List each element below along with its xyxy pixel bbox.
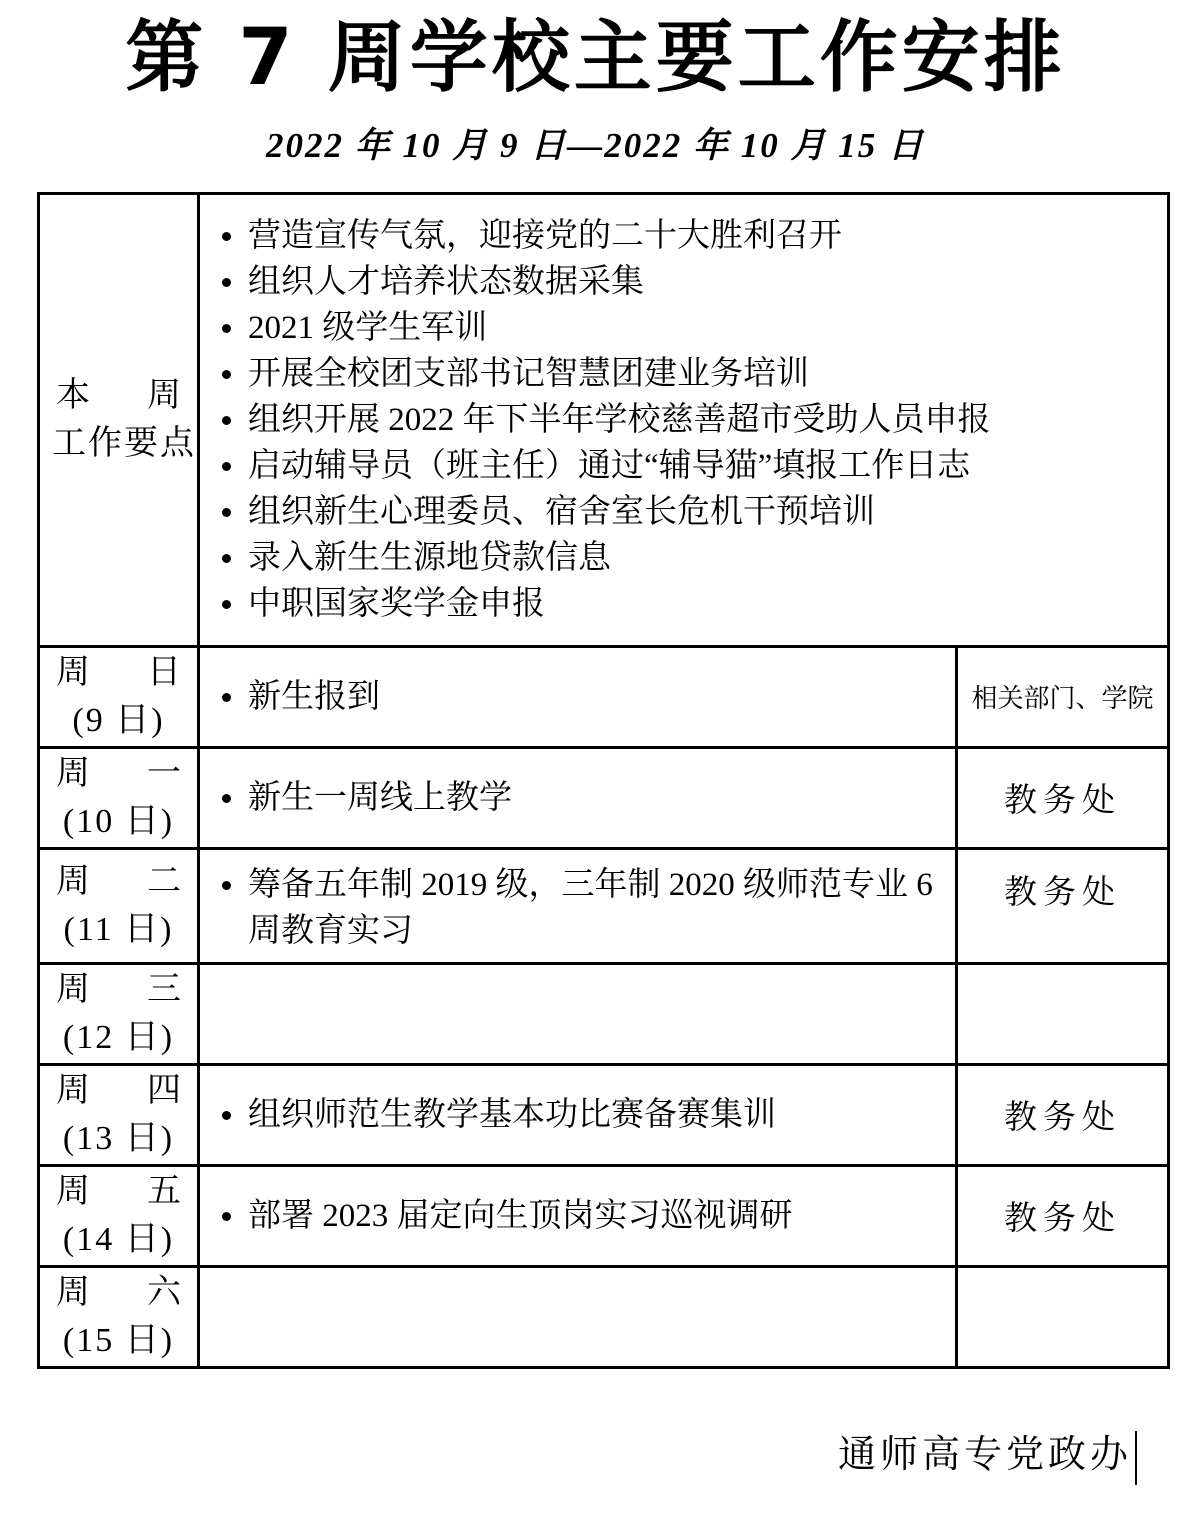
- task-cell: 部署 2023 届定向生顶岗实习巡视调研: [199, 1165, 957, 1266]
- bullet-icon: [222, 324, 231, 333]
- list-item-text: 录入新生生源地贷款信息: [248, 540, 611, 576]
- week-summary-content-cell: 营造宣传气氛，迎接党的二十大胜利召开 组织人才培养状态数据采集 2021 级学生…: [199, 193, 1169, 646]
- day-label-cell: 周 三 (12 日): [39, 963, 199, 1064]
- day-label-line1: 周 三: [52, 966, 185, 1014]
- label-char: 一: [147, 750, 181, 798]
- day-date-label: (14 日): [52, 1216, 185, 1264]
- list-item: 营造宣传气氛，迎接党的二十大胜利召开: [218, 213, 1157, 259]
- department-cell: 教务处: [957, 1165, 1169, 1266]
- day-label-cell: 周 四 (13 日): [39, 1064, 199, 1165]
- bullet-icon: [222, 1212, 231, 1221]
- bullet-icon: [222, 1111, 231, 1120]
- bullet-icon: [222, 600, 231, 609]
- list-item: 录入新生生源地贷款信息: [218, 535, 1157, 581]
- bullet-icon: [222, 370, 231, 379]
- document-page: 第 7 周学校主要工作安排 2022 年 10 月 9 日—2022 年 10 …: [0, 0, 1191, 1530]
- bullet-icon: [222, 416, 231, 425]
- day-label-line1: 周 六: [52, 1269, 185, 1317]
- list-item-text: 组织开展 2022 年下半年学校慈善超市受助人员申报: [248, 402, 991, 438]
- task-item: 新生一周线上教学: [218, 775, 945, 821]
- department-cell: 教务处: [957, 848, 1169, 963]
- task-text: 部署 2023 届定向生顶岗实习巡视调研: [248, 1198, 793, 1234]
- day-date-label: (12 日): [52, 1014, 185, 1062]
- label-char: 周: [56, 649, 90, 697]
- label-char: 周: [56, 1168, 90, 1216]
- day-label-cell: 周 一 (10 日): [39, 747, 199, 848]
- label-char: 周: [56, 1067, 90, 1115]
- department-cell: [957, 963, 1169, 1064]
- table-row-sunday: 周 日 (9 日) 新生报到 相关部门、学院: [39, 646, 1169, 747]
- week-summary-label-line2: 工作要点: [52, 420, 185, 468]
- week-summary-row: 本 周 工作要点 营造宣传气氛，迎接党的二十大胜利召开 组织人才培养状态数据采集…: [39, 193, 1169, 646]
- list-item-text: 启动辅导员（班主任）通过“辅导猫”填报工作日志: [248, 448, 970, 484]
- day-date-label: (13 日): [52, 1115, 185, 1163]
- list-item-text: 组织人才培养状态数据采集: [248, 264, 644, 300]
- table-row-saturday: 周 六 (15 日): [39, 1266, 1169, 1367]
- list-item: 开展全校团支部书记智慧团建业务培训: [218, 351, 1157, 397]
- day-date-label: (15 日): [52, 1317, 185, 1365]
- text-cursor-icon: [1135, 1431, 1137, 1485]
- label-char: 日: [147, 649, 181, 697]
- day-label-line1: 周 五: [52, 1168, 185, 1216]
- week-summary-label-line1: 本 周: [52, 372, 185, 420]
- label-char: 四: [147, 1067, 181, 1115]
- footer-signature: 通师高专党政办: [0, 1423, 1191, 1485]
- day-label-cell: 周 六 (15 日): [39, 1266, 199, 1367]
- bullet-icon: [222, 693, 231, 702]
- list-item-text: 组织新生心理委员、宿舍室长危机干预培训: [248, 494, 875, 530]
- task-cell: 新生一周线上教学: [199, 747, 957, 848]
- list-item-text: 2021 级学生军训: [248, 310, 487, 346]
- label-char: 周: [56, 858, 90, 906]
- task-text: 组织师范生教学基本功比赛备赛集训: [248, 1097, 776, 1133]
- table-row-tuesday: 周 二 (11 日) 筹备五年制 2019 级，三年制 2020 级师范专业 6…: [39, 848, 1169, 963]
- list-item-text: 开展全校团支部书记智慧团建业务培训: [248, 356, 809, 392]
- day-date-label: (11 日): [52, 906, 185, 954]
- day-label-line1: 周 日: [52, 649, 185, 697]
- bullet-icon: [222, 278, 231, 287]
- task-cell: 新生报到: [199, 646, 957, 747]
- task-cell: [199, 963, 957, 1064]
- label-char: 五: [147, 1168, 181, 1216]
- label-char: 三: [147, 966, 181, 1014]
- list-item-text: 中职国家奖学金申报: [248, 586, 545, 622]
- bullet-icon: [222, 508, 231, 517]
- task-text: 新生报到: [248, 679, 380, 715]
- bullet-icon: [222, 232, 231, 241]
- bullet-icon: [222, 462, 231, 471]
- day-date-label: (10 日): [52, 798, 185, 846]
- bullet-icon: [222, 794, 231, 803]
- date-range: 2022 年 10 月 9 日—2022 年 10 月 15 日: [0, 118, 1191, 168]
- department-cell: 相关部门、学院: [957, 646, 1169, 747]
- day-label-cell: 周 五 (14 日): [39, 1165, 199, 1266]
- task-item: 筹备五年制 2019 级，三年制 2020 级师范专业 6 周教育实习: [218, 862, 945, 954]
- label-char: 二: [147, 858, 181, 906]
- department-cell: 教务处: [957, 747, 1169, 848]
- table-row-thursday: 周 四 (13 日) 组织师范生教学基本功比赛备赛集训 教务处: [39, 1064, 1169, 1165]
- label-char: 周: [56, 1269, 90, 1317]
- label-char: 周: [56, 750, 90, 798]
- page-title: 第 7 周学校主要工作安排: [0, 10, 1191, 108]
- task-text: 新生一周线上教学: [248, 780, 512, 816]
- list-item: 启动辅导员（班主任）通过“辅导猫”填报工作日志: [218, 443, 1157, 489]
- list-item: 组织新生心理委员、宿舍室长危机干预培训: [218, 489, 1157, 535]
- label-char: 本: [56, 372, 90, 420]
- day-label-line1: 周 一: [52, 750, 185, 798]
- day-label-cell: 周 日 (9 日): [39, 646, 199, 747]
- week-summary-list: 营造宣传气氛，迎接党的二十大胜利召开 组织人才培养状态数据采集 2021 级学生…: [218, 213, 1157, 627]
- footer-text: 通师高专党政办: [838, 1434, 1132, 1476]
- bullet-icon: [222, 881, 231, 890]
- bullet-icon: [222, 554, 231, 563]
- task-text: 筹备五年制 2019 级，三年制 2020 级师范专业 6 周教育实习: [248, 867, 933, 949]
- list-item: 组织开展 2022 年下半年学校慈善超市受助人员申报: [218, 397, 1157, 443]
- department-cell: [957, 1266, 1169, 1367]
- list-item-text: 营造宣传气氛，迎接党的二十大胜利召开: [248, 218, 842, 254]
- task-cell: [199, 1266, 957, 1367]
- week-summary-label-cell: 本 周 工作要点: [39, 193, 199, 646]
- table-row-wednesday: 周 三 (12 日): [39, 963, 1169, 1064]
- list-item: 2021 级学生军训: [218, 305, 1157, 351]
- task-cell: 组织师范生教学基本功比赛备赛集训: [199, 1064, 957, 1165]
- schedule-table: 本 周 工作要点 营造宣传气氛，迎接党的二十大胜利召开 组织人才培养状态数据采集…: [37, 192, 1170, 1369]
- table-row-monday: 周 一 (10 日) 新生一周线上教学 教务处: [39, 747, 1169, 848]
- day-label-cell: 周 二 (11 日): [39, 848, 199, 963]
- day-label-line1: 周 二: [52, 858, 185, 906]
- task-item: 组织师范生教学基本功比赛备赛集训: [218, 1092, 945, 1138]
- day-label-line1: 周 四: [52, 1067, 185, 1115]
- task-item: 部署 2023 届定向生顶岗实习巡视调研: [218, 1193, 945, 1239]
- task-cell: 筹备五年制 2019 级，三年制 2020 级师范专业 6 周教育实习: [199, 848, 957, 963]
- list-item: 组织人才培养状态数据采集: [218, 259, 1157, 305]
- label-char: 六: [147, 1269, 181, 1317]
- label-char: 周: [56, 966, 90, 1014]
- label-char: 周: [147, 372, 181, 420]
- day-date-label: (9 日): [52, 697, 185, 745]
- task-item: 新生报到: [218, 674, 945, 720]
- department-cell: 教务处: [957, 1064, 1169, 1165]
- table-row-friday: 周 五 (14 日) 部署 2023 届定向生顶岗实习巡视调研 教务处: [39, 1165, 1169, 1266]
- list-item: 中职国家奖学金申报: [218, 581, 1157, 627]
